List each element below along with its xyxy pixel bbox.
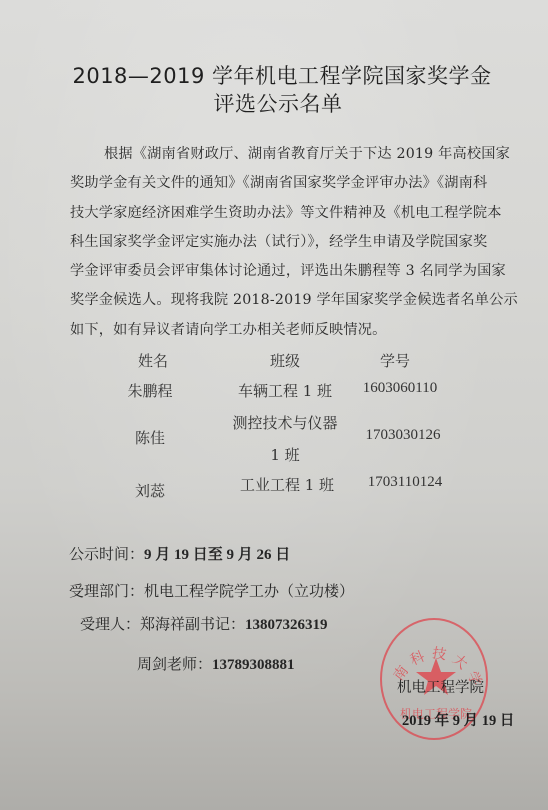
signature-org: 机电工程学院: [397, 676, 484, 697]
notice-period: 公示时间：9 月 19 日至 9 月 26 日: [69, 543, 290, 564]
contact-person-1: 受理人：郑海祥副书记：13807326319: [80, 613, 328, 634]
table-header-student-id: 学号: [355, 350, 435, 371]
table-cell-student-id: 1703110124: [350, 474, 460, 491]
contact-name: 郑海祥副书记：: [140, 615, 245, 633]
table-cell-class: 工业工程 1 班: [207, 474, 367, 495]
department-value: 机电工程学院学工办（立功楼）: [144, 582, 354, 600]
table-cell-class: 测控技术与仪器: [205, 412, 365, 433]
contact-phone: 13807326319: [245, 617, 328, 633]
notice-body: 根据《湖南省财政厅、湖南省教育厅关于下达 2019 年高校国家 奖助学金有关文件…: [70, 140, 484, 345]
contact-name: 周剑老师：: [137, 655, 212, 673]
body-line: 学金评审委员会评审集体讨论通过，评选出朱鹏程等 3 名同学为国家: [70, 257, 484, 286]
department: 受理部门：机电工程学院学工办（立功楼）: [69, 580, 354, 601]
body-line: 技大学家庭经济困难学生资助办法》等文件精神及《机电工程学院本: [70, 199, 484, 228]
notice-period-label: 公示时间：: [69, 545, 144, 563]
document-title-line2: 评选公示名单: [4, 88, 548, 118]
table-cell-class-continued: 1 班: [205, 444, 365, 465]
table-cell-student-id: 1703030126: [348, 427, 458, 444]
table-cell-student-id: 1603060110: [345, 380, 455, 397]
body-line: 奖助学金有关文件的通知》《湖南省国家奖学金评审办法》《湖南科: [70, 169, 484, 198]
table-cell-name: 陈佳: [110, 427, 190, 448]
contacts-label: 受理人：: [80, 615, 140, 633]
department-label: 受理部门：: [69, 582, 144, 600]
table-cell-name: 刘蕊: [110, 480, 190, 501]
body-line: 奖学金候选人。现将我院 2018-2019 学年国家奖学金候选者名单公示: [70, 286, 484, 315]
table-cell-name: 朱鹏程: [110, 380, 190, 401]
contact-person-2: 周剑老师：13789308881: [137, 653, 295, 674]
notice-period-value: 9 月 19 日至 9 月 26 日: [144, 547, 290, 563]
body-line: 如下，如有异议者请向学工办相关老师反映情况。: [70, 316, 484, 345]
body-line: 科生国家奖学金评定实施办法（试行）》，经学生申请及学院国家奖: [70, 228, 484, 257]
document-title-line1: 2018—2019 学年机电工程学院国家奖学金: [8, 60, 548, 90]
table-cell-class: 车辆工程 1 班: [205, 380, 365, 401]
table-header-class: 班级: [230, 350, 340, 371]
contact-phone: 13789308881: [212, 657, 295, 673]
table-header-name: 姓名: [118, 350, 188, 371]
body-line: 根据《湖南省财政厅、湖南省教育厅关于下达 2019 年高校国家: [70, 140, 484, 169]
signature-date: 2019 年 9 月 19 日: [402, 709, 514, 730]
